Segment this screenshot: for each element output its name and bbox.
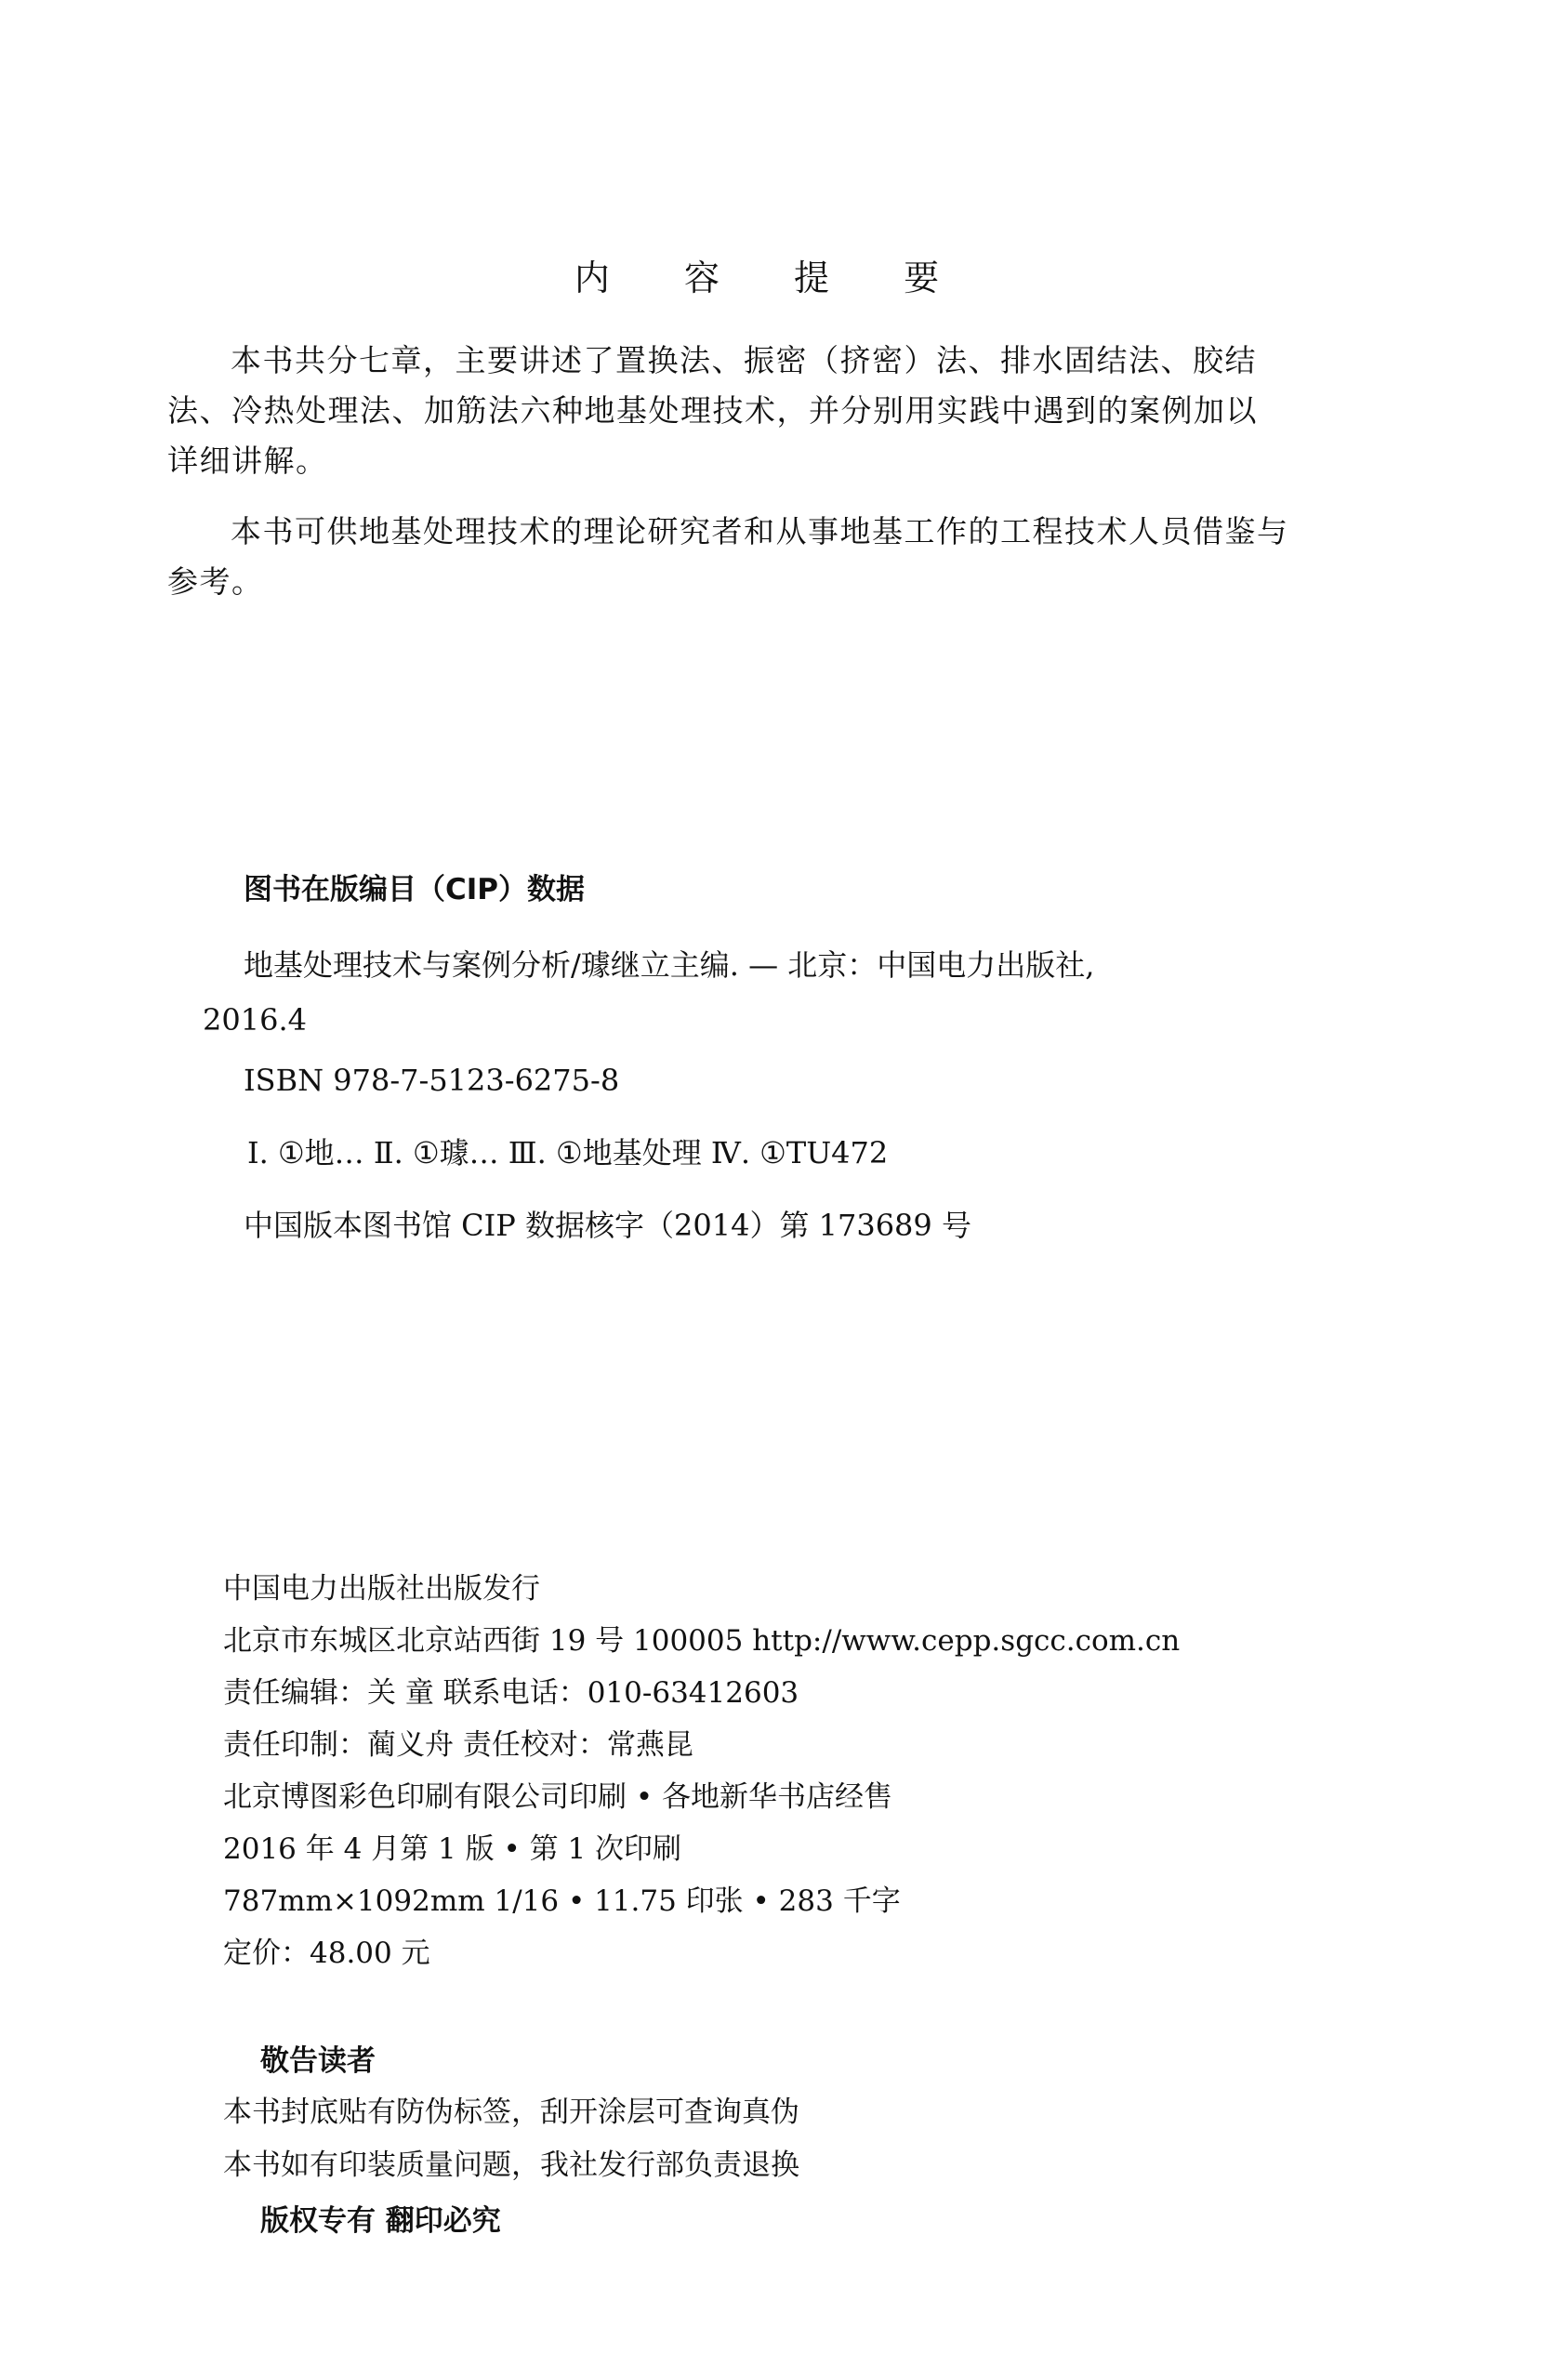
summary-paragraph-line: 本书共分七章，主要讲述了置换法、振密（挤密）法、排水固结法、胶结 bbox=[231, 342, 1257, 379]
cip-isbn: ISBN 978-7-5123-6275-8 bbox=[244, 1062, 619, 1099]
notice-line: 本书封底贴有防伪标签，刮开涂层可查询真伪 bbox=[223, 2094, 799, 2131]
cip-header: 图书在版编目（CIP）数据 bbox=[244, 871, 585, 908]
cip-classification: Ⅰ. ①地… Ⅱ. ①璩… Ⅲ. ①地基处理 Ⅳ. ①TU472 bbox=[247, 1134, 888, 1171]
format-line: 787mm×1092mm 1/16 • 11.75 印张 • 283 千字 bbox=[223, 1883, 901, 1920]
publisher-line: 中国电力出版社出版发行 bbox=[223, 1570, 540, 1607]
print-staff-line: 责任印制：蔺义舟 责任校对：常燕昆 bbox=[223, 1726, 693, 1764]
price-line: 定价：48.00 元 bbox=[223, 1935, 430, 1972]
cip-entry-date: 2016.4 bbox=[203, 1001, 307, 1038]
edition-line: 2016 年 4 月第 1 版 • 第 1 次印刷 bbox=[223, 1831, 681, 1868]
summary-paragraph-line: 详细讲解。 bbox=[167, 443, 328, 480]
notice-header: 敬告读者 bbox=[260, 2043, 376, 2080]
summary-paragraph-line: 参考。 bbox=[167, 563, 264, 601]
summary-paragraph-line: 法、冷热处理法、加筋法六种地基处理技术，并分别用实践中遇到的案例加以 bbox=[167, 392, 1258, 430]
summary-title: 内 容 提 要 bbox=[0, 249, 1545, 300]
copyright-notice: 版权专有 翻印必究 bbox=[260, 2202, 501, 2240]
notice-line: 本书如有印装质量问题，我社发行部负责退换 bbox=[223, 2147, 799, 2184]
publisher-address: 北京市东城区北京站西街 19 号 100005 http://www.cepp.… bbox=[223, 1622, 1180, 1659]
printer-line: 北京博图彩色印刷有限公司印刷 • 各地新华书店经售 bbox=[223, 1778, 892, 1816]
editor-line: 责任编辑：关 童 联系电话：010-63412603 bbox=[223, 1674, 799, 1712]
cip-record-number: 中国版本图书馆 CIP 数据核字（2014）第 173689 号 bbox=[244, 1207, 971, 1244]
summary-paragraph-line: 本书可供地基处理技术的理论研究者和从事地基工作的工程技术人员借鉴与 bbox=[231, 513, 1289, 550]
cip-entry: 地基处理技术与案例分析/璩继立主编. — 北京：中国电力出版社, bbox=[244, 946, 1094, 984]
